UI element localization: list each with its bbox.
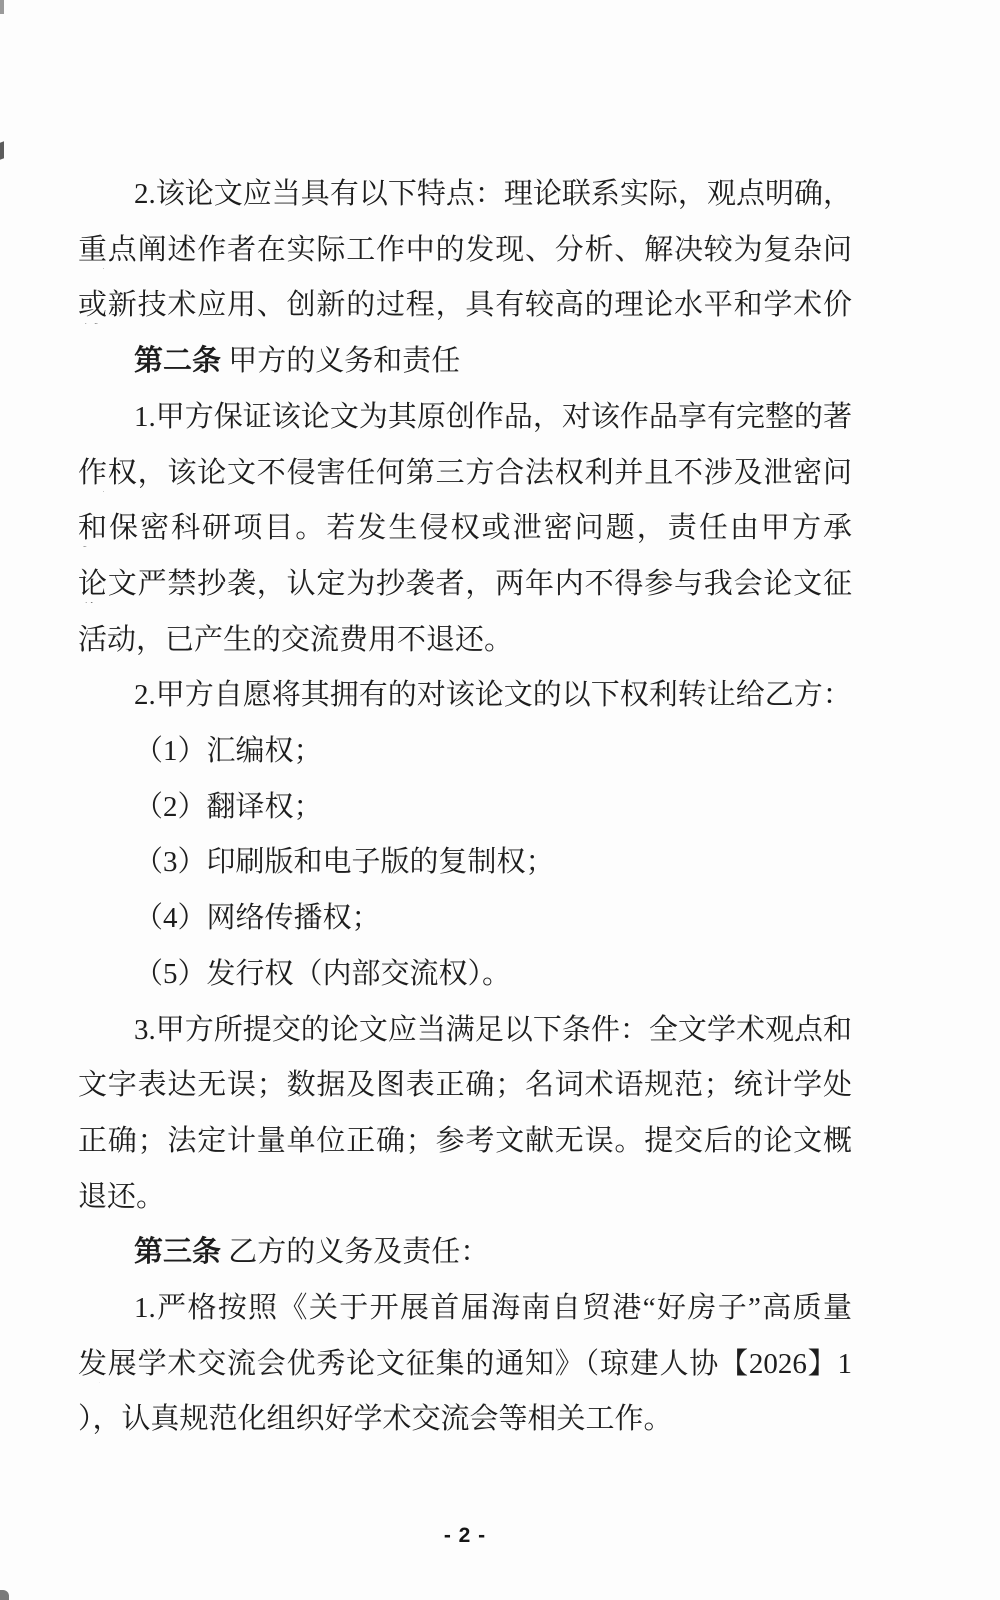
text-column: 2.该论文应当具有以下特点：理论联系实际，观点明确，重点阐述作者在实际工作中的发… bbox=[78, 0, 852, 1600]
text-line: 作权，该论文不侵害任何第三方合法权利并且不涉及泄密问题 bbox=[78, 456, 852, 492]
text-line: 1.严格按照《关于开展首届海南自贸港“好房子”高质量 bbox=[78, 1291, 852, 1325]
page-number: - 2 - bbox=[78, 1524, 852, 1548]
text-line: 3.甲方所提交的论文应当满足以下条件：全文学术观点和 bbox=[78, 1013, 852, 1047]
text-line: 重点阐述作者在实际工作中的发现、分析、解决较为复杂问题 bbox=[78, 233, 852, 269]
text-line: 论文严禁抄袭，认定为抄袭者，两年内不得参与我会论文征集 bbox=[78, 567, 852, 603]
text-line: （2）翻译权； bbox=[78, 790, 852, 824]
scan-artifact-left-edge bbox=[0, 141, 4, 159]
scan-artifact-top-left bbox=[0, 0, 4, 14]
text-line: 文字表达无误；数据及图表正确；名词术语规范；统计学处理 bbox=[78, 1068, 852, 1104]
text-line: 1.甲方保证该论文为其原创作品，对该作品享有完整的著 bbox=[78, 400, 852, 434]
text-line: 退还。 bbox=[78, 1180, 852, 1214]
clause-number-bold: 第二条 bbox=[134, 345, 221, 377]
document-page: 2.该论文应当具有以下特点：理论联系实际，观点明确，重点阐述作者在实际工作中的发… bbox=[0, 0, 1000, 1600]
clause-heading-line: 第二条 甲方的义务和责任 bbox=[78, 344, 852, 378]
clause-heading-line: 第三条 乙方的义务及责任： bbox=[78, 1235, 852, 1269]
scan-artifact-bottom-left bbox=[0, 1590, 9, 1600]
text-line: 发展学术交流会优秀论文征集的通知》（琼建人协【2026】1号 bbox=[78, 1347, 852, 1383]
clause-number-bold: 第三条 bbox=[134, 1236, 221, 1268]
text-line: （1）汇编权； bbox=[78, 734, 852, 768]
text-line: （4）网络传播权； bbox=[78, 901, 852, 935]
text-line: （3）印刷版和电子版的复制权； bbox=[78, 845, 852, 879]
text-line: 2.甲方自愿将其拥有的对该论文的以下权利转让给乙方： bbox=[78, 678, 852, 712]
text-line: ），认真规范化组织好学术交流会等相关工作。 bbox=[78, 1402, 852, 1436]
text-line: 或新技术应用、创新的过程，具有较高的理论水平和学术价值。 bbox=[78, 288, 852, 324]
text-line: 活动，已产生的交流费用不退还。 bbox=[78, 623, 852, 657]
text-line: 和保密科研项目。若发生侵权或泄密问题，责任由甲方承担。 bbox=[78, 511, 852, 547]
text-line: （5）发行权（内部交流权）。 bbox=[78, 957, 852, 991]
text-line: 正确；法定计量单位正确；参考文献无误。提交后的论文概不 bbox=[78, 1124, 852, 1160]
text-line: 2.该论文应当具有以下特点：理论联系实际，观点明确， bbox=[78, 177, 852, 211]
